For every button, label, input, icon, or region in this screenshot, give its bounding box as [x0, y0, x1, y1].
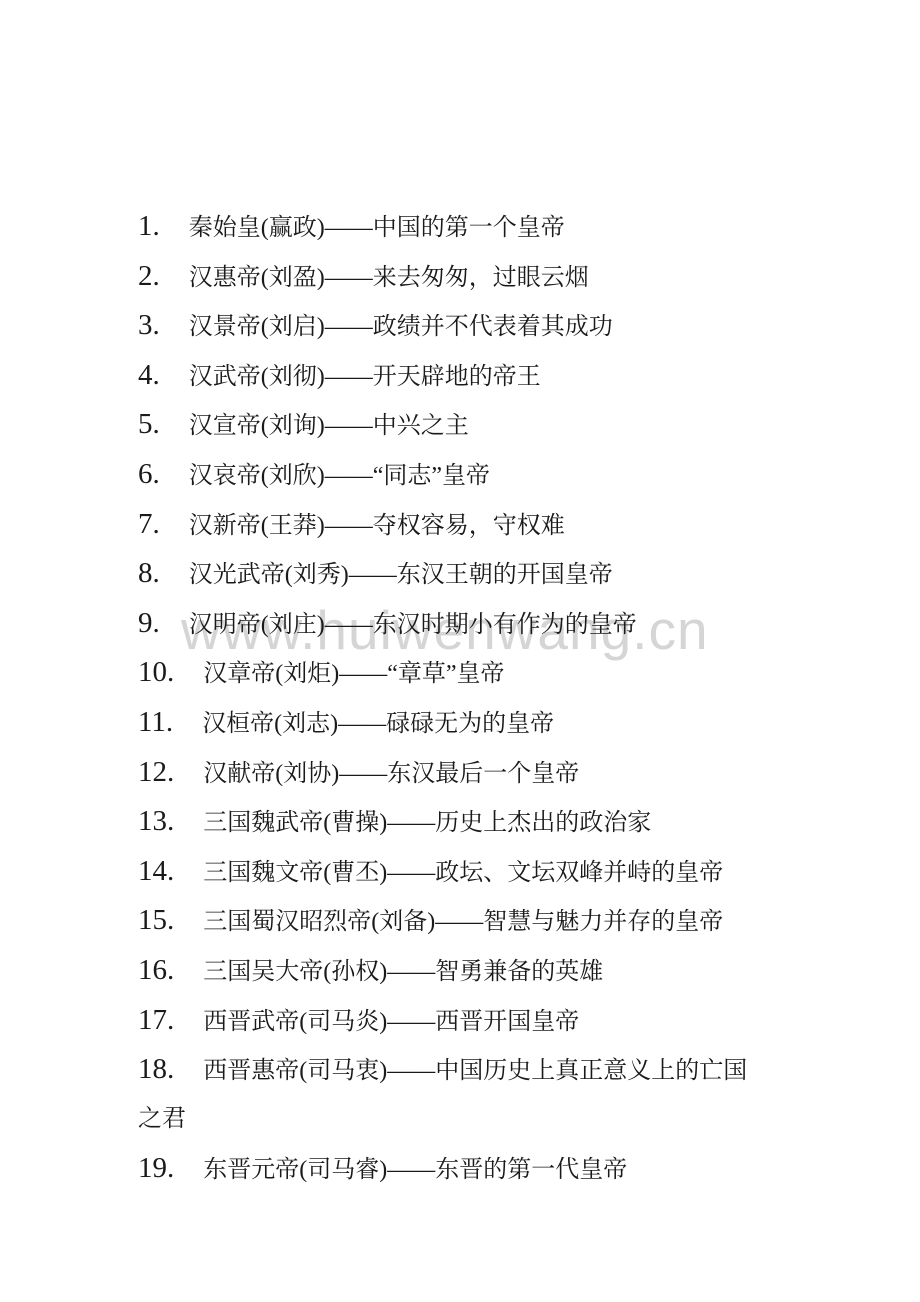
- list-item-number: 16.: [138, 954, 174, 986]
- list-item: 19.东晋元帝(司马睿)——东晋的第一代皇帝: [138, 1144, 747, 1194]
- list-item-text: 汉新帝(王莽)——夺权容易，守权难: [189, 513, 565, 539]
- list-item-number: 4.: [138, 359, 160, 391]
- list-item-text: 三国蜀汉昭烈帝(刘备)——智慧与魅力并存的皇帝: [203, 909, 723, 935]
- list-item-number: 12.: [138, 756, 174, 788]
- list-item-text: 汉光武帝(刘秀)——东汉王朝的开国皇帝: [189, 562, 613, 588]
- list-item-text: 三国魏武帝(曹操)——历史上杰出的政治家: [203, 810, 651, 836]
- list-item-number: 5.: [138, 408, 160, 440]
- list-item-number: 2.: [138, 260, 160, 292]
- list-item-text: 之君: [138, 1106, 186, 1132]
- list-item-number: 15.: [138, 904, 174, 936]
- list-item-number: 1.: [138, 210, 160, 242]
- list-item: 1.秦始皇(赢政)——中国的第一个皇帝: [138, 202, 747, 252]
- list-item: 6.汉哀帝(刘欣)——“同志”皇帝: [138, 450, 747, 500]
- emperor-list: 1.秦始皇(赢政)——中国的第一个皇帝2.汉惠帝(刘盈)——来去匆匆，过眼云烟3…: [138, 202, 747, 1194]
- list-item-continuation: 之君: [138, 1095, 747, 1145]
- list-item: 12.汉献帝(刘协)——东汉最后一个皇帝: [138, 748, 747, 798]
- list-item: 11.汉桓帝(刘志)——碌碌无为的皇帝: [138, 698, 747, 748]
- list-item: 2.汉惠帝(刘盈)——来去匆匆，过眼云烟: [138, 252, 747, 302]
- document-page: www.huiwenwang.cn 1.秦始皇(赢政)——中国的第一个皇帝2.汉…: [0, 0, 920, 1302]
- list-item-text: 三国吴大帝(孙权)——智勇兼备的英雄: [203, 959, 603, 985]
- list-item-number: 10.: [138, 656, 174, 688]
- list-item-number: 13.: [138, 805, 174, 837]
- list-item: 3.汉景帝(刘启)——政绩并不代表着其成功: [138, 301, 747, 351]
- list-item-text: 汉惠帝(刘盈)——来去匆匆，过眼云烟: [189, 265, 589, 291]
- list-item-number: 11.: [138, 706, 173, 738]
- list-item-number: 7.: [138, 508, 160, 540]
- list-item-text: 西晋惠帝(司马衷)——中国历史上真正意义上的亡国: [203, 1058, 747, 1084]
- list-item: 9.汉明帝(刘庄)——东汉时期小有作为的皇帝: [138, 599, 747, 649]
- list-item: 17.西晋武帝(司马炎)——西晋开国皇帝: [138, 996, 747, 1046]
- list-item-text: 汉哀帝(刘欣)——“同志”皇帝: [189, 463, 490, 489]
- list-item-text: 汉景帝(刘启)——政绩并不代表着其成功: [189, 314, 613, 340]
- list-item-text: 东晋元帝(司马睿)——东晋的第一代皇帝: [203, 1157, 627, 1183]
- list-item: 10.汉章帝(刘炬)——“章草”皇帝: [138, 648, 747, 698]
- list-item-text: 汉武帝(刘彻)——开天辟地的帝王: [189, 364, 541, 390]
- list-item: 8.汉光武帝(刘秀)——东汉王朝的开国皇帝: [138, 549, 747, 599]
- list-item-text: 汉宣帝(刘询)——中兴之主: [189, 413, 469, 439]
- list-item: 5.汉宣帝(刘询)——中兴之主: [138, 400, 747, 450]
- list-item-number: 14.: [138, 855, 174, 887]
- list-item-text: 汉桓帝(刘志)——碌碌无为的皇帝: [202, 711, 554, 737]
- list-item-number: 17.: [138, 1004, 174, 1036]
- list-item-number: 8.: [138, 557, 160, 589]
- list-item: 15.三国蜀汉昭烈帝(刘备)——智慧与魅力并存的皇帝: [138, 896, 747, 946]
- list-item-number: 6.: [138, 458, 160, 490]
- list-item-number: 3.: [138, 309, 160, 341]
- list-item: 16.三国吴大帝(孙权)——智勇兼备的英雄: [138, 946, 747, 996]
- list-item-text: 秦始皇(赢政)——中国的第一个皇帝: [189, 215, 565, 241]
- list-item: 7.汉新帝(王莽)——夺权容易，守权难: [138, 500, 747, 550]
- list-item-number: 19.: [138, 1152, 174, 1184]
- list-item-text: 汉明帝(刘庄)——东汉时期小有作为的皇帝: [189, 612, 637, 638]
- list-item-text: 汉章帝(刘炬)——“章草”皇帝: [203, 661, 504, 687]
- list-item-text: 汉献帝(刘协)——东汉最后一个皇帝: [203, 761, 579, 787]
- list-item-text: 三国魏文帝(曹丕)——政坛、文坛双峰并峙的皇帝: [203, 860, 723, 886]
- list-item: 4.汉武帝(刘彻)——开天辟地的帝王: [138, 351, 747, 401]
- list-item-number: 18.: [138, 1053, 174, 1085]
- list-item-number: 9.: [138, 607, 160, 639]
- list-item-text: 西晋武帝(司马炎)——西晋开国皇帝: [203, 1009, 579, 1035]
- list-item: 14.三国魏文帝(曹丕)——政坛、文坛双峰并峙的皇帝: [138, 847, 747, 897]
- list-item: 18.西晋惠帝(司马衷)——中国历史上真正意义上的亡国: [138, 1045, 747, 1095]
- list-item: 13.三国魏武帝(曹操)——历史上杰出的政治家: [138, 797, 747, 847]
